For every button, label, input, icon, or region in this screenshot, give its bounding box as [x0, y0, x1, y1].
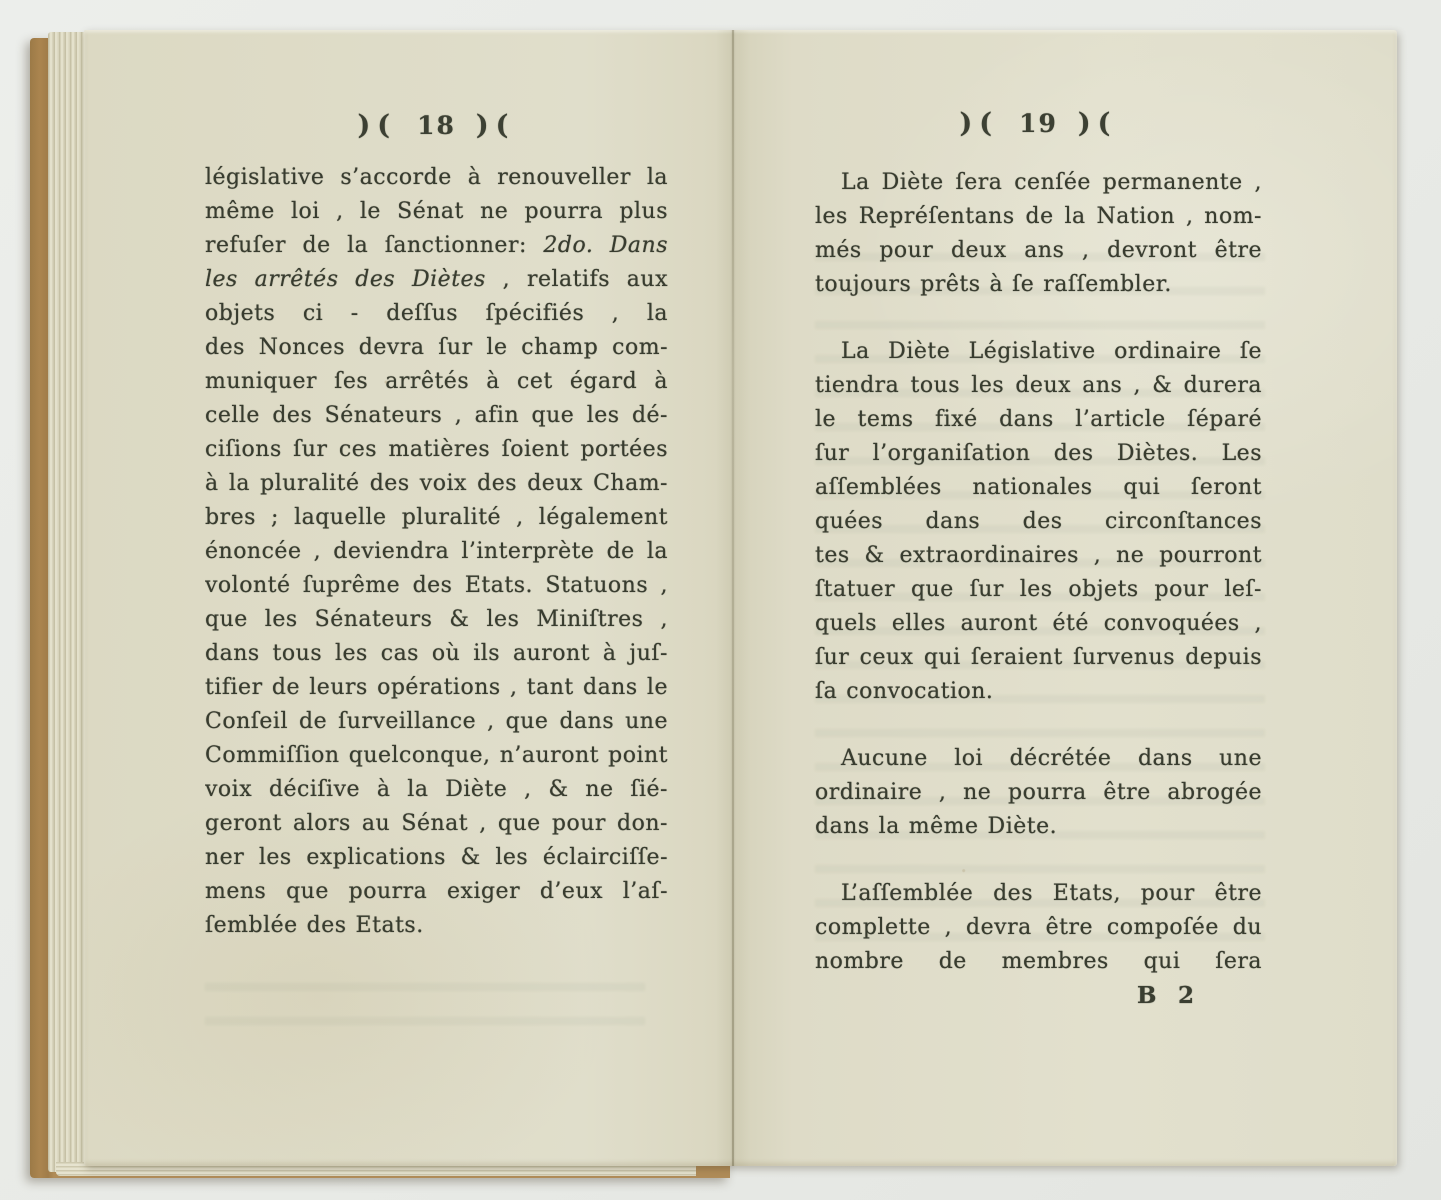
text-segment: Conſeil de ſurveillance , que dans une [205, 709, 668, 734]
text-segment: ſemblée des Etats. [205, 913, 424, 938]
text-line: les arrêtés des Diètes , relatifs aux [205, 263, 668, 297]
text-line: Conſeil de ſurveillance , que dans une [205, 705, 668, 739]
text-line: dans la même Diète. [815, 810, 1262, 844]
text-segment: més pour deux ans , devront être [815, 238, 1262, 263]
text-segment: voix déciſive à la Diète , & ne ſié- [205, 777, 668, 802]
text-segment: tes & extraordinaires , ne pourront [815, 543, 1262, 568]
text-line: muniquer ſes arrêtés à cet égard à [205, 365, 668, 399]
text-line: refuſer de la ſanctionner: 2do. Dans [205, 229, 668, 263]
text-line: les Repréſentans de la Nation , nom- [815, 200, 1262, 234]
text-line: complette , devra être compoſée du [815, 911, 1262, 945]
text-segment: ſur l’organiſation des Diètes. Les [815, 441, 1262, 466]
text-segment: celle des Sénateurs , afin que les dé- [205, 403, 668, 428]
signature-mark: B 2 [815, 979, 1262, 1013]
text-line: ſemblée des Etats. [205, 909, 668, 943]
text-line: Aucune loi décrétée dans une Diète [815, 742, 1262, 776]
page-18-header: )(18)( [205, 110, 668, 141]
text-segment: ner les explications & les éclairciſſe- [205, 845, 668, 870]
text-segment: nombre de membres qui ſera détermi- [815, 949, 1262, 979]
text-line: législative s’accorde à renouveller la [205, 161, 668, 195]
paragraph: La Diète ſera cenſée permanente ,les Rep… [815, 166, 1262, 302]
text-segment: ordinaire , ne pourra être abrogée [815, 780, 1262, 805]
text-segment: bres ; laquelle pluralité , légalement [205, 505, 668, 530]
text-segment: Aucune loi décrétée dans une Diète [815, 746, 1262, 776]
text-line: ſa convocation. [815, 675, 1262, 709]
paper-spread: )(18)( législative s’accorde à renouvell… [84, 30, 1397, 1166]
book-spread: )(18)( législative s’accorde à renouvell… [30, 30, 1397, 1182]
page-number-18: 18 [417, 111, 456, 140]
text-segment: même loi , le Sénat ne pourra plus [205, 199, 668, 224]
text-line: que les Sénateurs & les Miniſtres , [205, 603, 668, 637]
text-line: objets ci - deſſus ſpécifiés , la Chambr… [205, 297, 668, 331]
text-segment: le tems fixé dans l’article ſéparé [815, 407, 1262, 432]
text-segment: mens que pourra exiger d’eux l’aſ- [205, 879, 668, 904]
page-19-text-block: La Diète ſera cenſée permanente ,les Rep… [815, 166, 1262, 1013]
text-line: més pour deux ans , devront être [815, 234, 1262, 268]
page-19-header: )(19)( [815, 108, 1262, 139]
text-line: L’aſſemblée des Etats, pour être [815, 877, 1262, 911]
text-line: énoncée , deviendra l’interprète de la [205, 535, 668, 569]
text-segment: dans la même Diète. [815, 814, 1057, 839]
text-segment: complette , devra être compoſée du [815, 915, 1262, 940]
text-line: mens que pourra exiger d’eux l’aſ- [205, 875, 668, 909]
text-line: même loi , le Sénat ne pourra plus [205, 195, 668, 229]
text-line: bres ; laquelle pluralité , légalement [205, 501, 668, 535]
text-line: tifier de leurs opérations , tant dans l… [205, 671, 668, 705]
text-segment: dans tous les cas où ils auront à juſ- [205, 641, 668, 666]
text-line: toujours prêts à ſe raſſembler. [815, 268, 1262, 302]
text-line: dans tous les cas où ils auront à juſ- [205, 637, 668, 671]
text-segment: ciſions ſur ces matières ſoient portées [205, 437, 668, 462]
header-ornament: )( [476, 110, 516, 141]
text-line: tiendra tous les deux ans , & durera [815, 369, 1262, 403]
page-edge-stack-left [48, 32, 86, 1172]
text-line: celle des Sénateurs , afin que les dé- [205, 399, 668, 433]
text-line: ſtatuer que ſur les objets pour leſ- [815, 573, 1262, 607]
text-line: le tems fixé dans l’article ſéparé [815, 403, 1262, 437]
text-segment: ſtatuer que ſur les objets pour leſ- [815, 577, 1262, 602]
text-segment: volonté ſuprême des Etats. Statuons , [205, 573, 668, 598]
page-18-text-block: législative s’accorde à renouveller lamê… [205, 161, 668, 943]
text-segment: législative s’accorde à renouveller la [205, 165, 668, 190]
text-segment: L’aſſemblée des Etats, pour être [841, 881, 1262, 906]
text-segment: à la pluralité des voix des deux Cham- [205, 471, 668, 496]
text-line: geront alors au Sénat , que pour don- [205, 807, 668, 841]
italic-text-segment: les arrêtés des Diètes [205, 267, 486, 292]
text-segment: quels elles auront été convoquées , ou [815, 611, 1262, 641]
text-segment: aſſemblées nationales qui ſeront convo- [815, 475, 1262, 505]
text-segment: Commiſſion quelconque, n’auront point [205, 743, 668, 768]
text-line: La Diète Législative ordinaire ſe [815, 335, 1262, 369]
text-line: La Diète ſera cenſée permanente , [815, 166, 1262, 200]
page-number-19: 19 [1019, 109, 1058, 138]
text-line: Commiſſion quelconque, n’auront point [205, 739, 668, 773]
text-segment: les Repréſentans de la Nation , nom- [815, 204, 1262, 229]
text-line: des Nonces devra ſur le champ com- [205, 331, 668, 365]
page-18: )(18)( législative s’accorde à renouvell… [84, 30, 733, 1166]
text-line: à la pluralité des voix des deux Cham- [205, 467, 668, 501]
paragraph: L’aſſemblée des Etats, pour êtrecomplett… [815, 877, 1262, 979]
text-segment: objets ci - deſſus ſpécifiés , la Chambr… [205, 301, 668, 331]
text-segment: La Diète Législative ordinaire ſe [841, 339, 1262, 364]
text-segment: quées dans des circonſtances preſſan- [815, 509, 1262, 539]
text-segment: geront alors au Sénat , que pour don- [205, 811, 668, 836]
text-segment: tiendra tous les deux ans , & durera [815, 373, 1262, 398]
text-line: ner les explications & les éclairciſſe- [205, 841, 668, 875]
text-segment: ſur ceux qui ſeraient ſurvenus depuis [815, 645, 1262, 670]
text-line: ſur ceux qui ſeraient ſurvenus depuis [815, 641, 1262, 675]
text-line: aſſemblées nationales qui ſeront convo- [815, 471, 1262, 505]
text-segment: des Nonces devra ſur le champ com- [205, 335, 668, 360]
text-segment: énoncée , deviendra l’interprète de la [205, 539, 668, 564]
text-segment: muniquer ſes arrêtés à cet égard à [205, 369, 668, 394]
paragraph: Aucune loi décrétée dans une Dièteordina… [815, 742, 1262, 844]
text-segment: toujours prêts à ſe raſſembler. [815, 272, 1172, 297]
text-line: ordinaire , ne pourra être abrogée [815, 776, 1262, 810]
text-segment: refuſer de la ſanctionner: [205, 233, 543, 258]
text-segment: ſa convocation. [815, 679, 993, 704]
text-line: quels elles auront été convoquées , ou [815, 607, 1262, 641]
text-segment: que les Sénateurs & les Miniſtres , [205, 607, 668, 632]
text-line: nombre de membres qui ſera détermi- [815, 945, 1262, 979]
page-19: )(19)( La Diète ſera cenſée permanente ,… [733, 30, 1397, 1166]
header-ornament: )( [358, 110, 398, 141]
text-line: ſur l’organiſation des Diètes. Les [815, 437, 1262, 471]
italic-text-segment: 2do. Dans [543, 233, 668, 258]
header-ornament: )( [1078, 108, 1118, 139]
paragraph: La Diète Législative ordinaire ſetiendra… [815, 335, 1262, 709]
text-line: quées dans des circonſtances preſſan- [815, 505, 1262, 539]
text-line: tes & extraordinaires , ne pourront [815, 539, 1262, 573]
text-line: voix déciſive à la Diète , & ne ſié- [205, 773, 668, 807]
text-line: ciſions ſur ces matières ſoient portées [205, 433, 668, 467]
text-segment: La Diète ſera cenſée permanente , [841, 170, 1262, 195]
text-line: volonté ſuprême des Etats. Statuons , [205, 569, 668, 603]
text-segment: , relatifs aux [486, 267, 668, 292]
text-segment: tifier de leurs opérations , tant dans l… [205, 675, 668, 700]
header-ornament: )( [960, 108, 1000, 139]
